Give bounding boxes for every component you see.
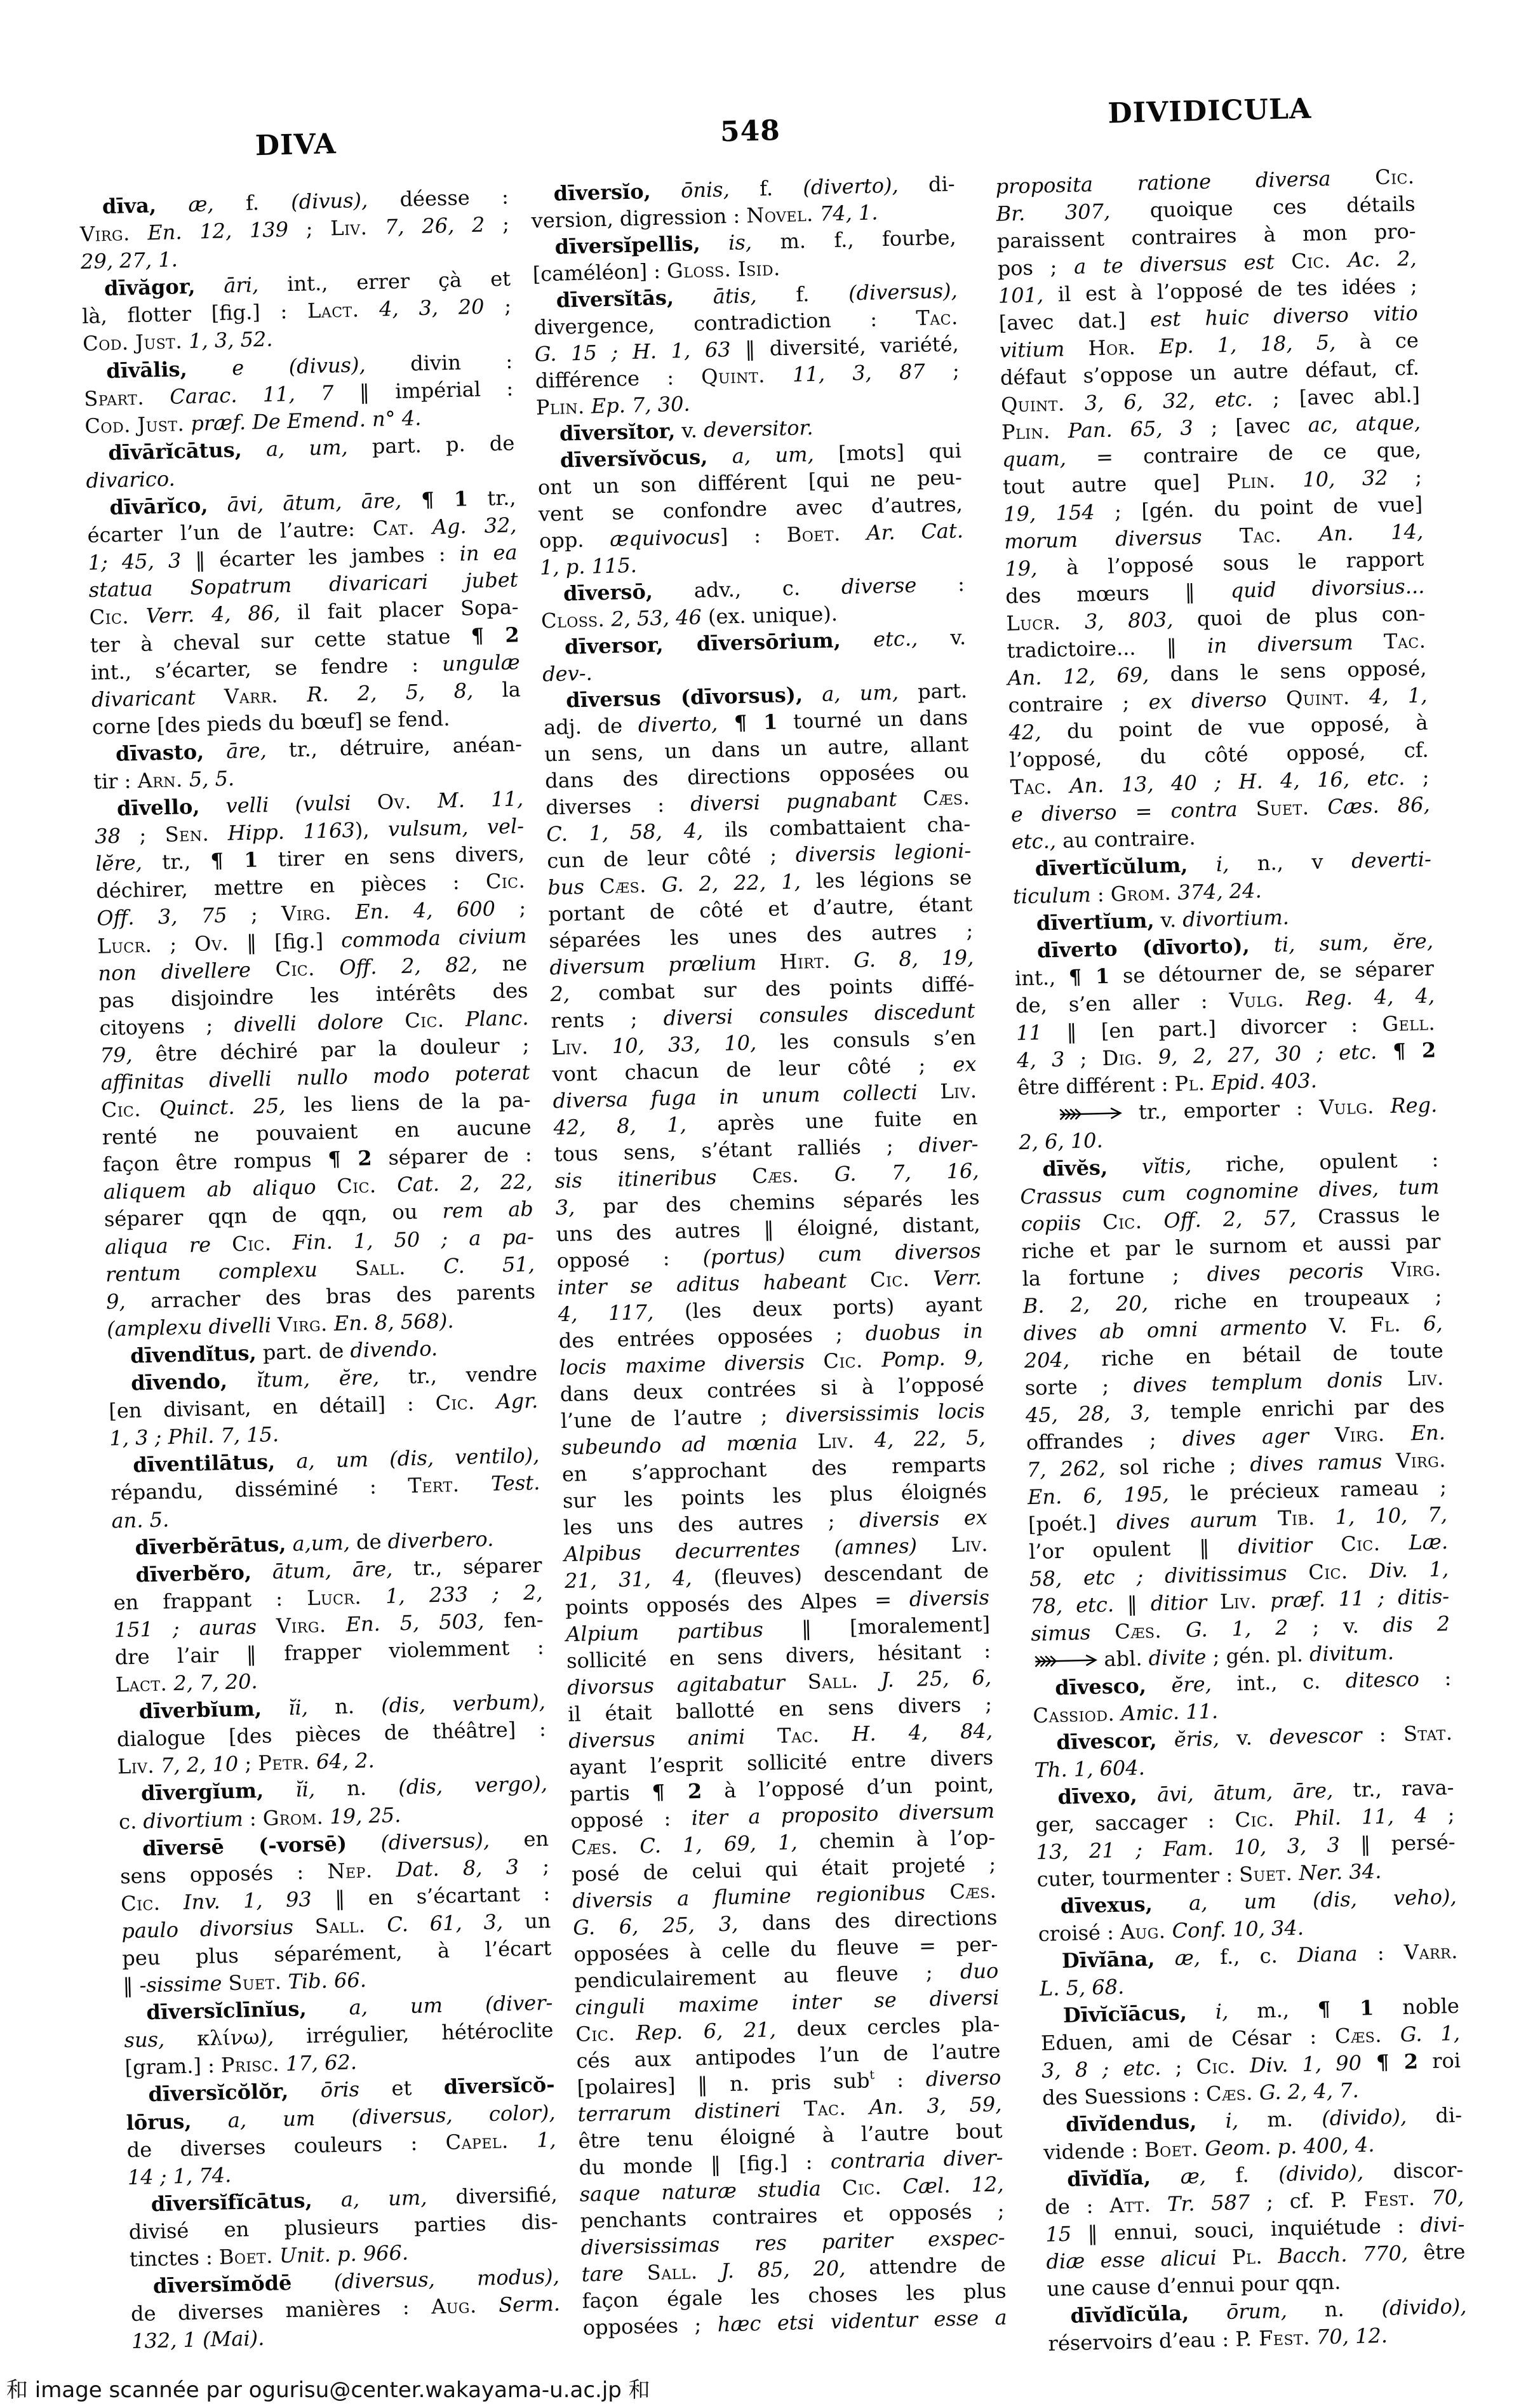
italic-text: 2,	[550, 982, 570, 1007]
italic-text: divitior	[1238, 1532, 1341, 1559]
italic-text: ātis,	[673, 283, 757, 309]
text: deux cercles pla-	[775, 2012, 1000, 2041]
text: int.,	[1015, 965, 1069, 990]
author-abbreviation: Hirt.	[779, 949, 831, 974]
text: c.	[119, 1809, 144, 1834]
text: là, flotter [fig.] :	[82, 299, 308, 329]
italic-text: ĭtum, ĕre,	[227, 1365, 379, 1393]
italic-text: morum diversus	[1004, 524, 1240, 554]
italic-text: æ,	[156, 192, 215, 217]
italic-text: 1, 3, 52.	[182, 327, 273, 353]
headword: dīverbĕrātus,	[135, 1531, 286, 1559]
italic-text: Br. 307,	[996, 199, 1110, 225]
italic-text: Unit. p. 966.	[272, 2240, 408, 2268]
italic-text: diver-	[918, 1132, 979, 1157]
italic-text: 4, 22, 5,	[854, 1425, 986, 1453]
author-abbreviation: P. Fest.	[1330, 2186, 1416, 2212]
italic-text: an. 5.	[111, 1507, 169, 1533]
italic-text: (divido),	[1278, 2160, 1364, 2186]
italic-text: Hipp. 1163	[209, 818, 356, 846]
author-abbreviation: Sall.	[807, 1669, 859, 1694]
italic-text: quid divorsius...	[1230, 574, 1424, 602]
author-abbreviation: Sall.	[355, 1255, 406, 1280]
author-abbreviation: Cic.	[232, 1231, 272, 1256]
italic-text: Fin. 1, 50 ; a pa-	[271, 1225, 534, 1255]
author-abbreviation: Cassiod.	[1033, 1702, 1115, 1728]
italic-text: (diverto),	[803, 173, 899, 200]
italic-text: C. 1, 69, 1,	[618, 1830, 798, 1858]
text: fen-	[484, 1608, 544, 1633]
section-mark: ¶ 2	[328, 1146, 372, 1172]
italic-text: Alpium partibus	[566, 1617, 764, 1646]
text: de diverses manières :	[131, 2295, 432, 2327]
italic-text: ĭi,	[262, 1695, 309, 1721]
author-abbreviation: Boet.	[218, 2244, 273, 2269]
author-abbreviation: Cic.	[575, 2021, 615, 2046]
italic-text: dev-.	[542, 661, 593, 687]
italic-text: G. 7, 16,	[799, 1159, 979, 1187]
italic-text: in ea	[459, 541, 518, 566]
italic-text: diverse	[841, 573, 916, 599]
italic-text: tare	[581, 2261, 647, 2287]
author-abbreviation: Liv.	[330, 215, 368, 240]
italic-text: rentum complexu	[105, 1256, 356, 1287]
text: v.	[675, 418, 704, 443]
feathered-arrow-icon	[1056, 1105, 1123, 1123]
italic-text: divarico.	[86, 466, 175, 492]
italic-text: āvi, ātum, āre,	[1137, 1778, 1333, 1808]
text: roi	[1417, 2048, 1461, 2074]
italic-text: En. 5, 503,	[326, 1609, 485, 1637]
section-mark: ¶ 2	[1377, 1038, 1436, 1063]
italic-text: a, um,	[241, 435, 348, 462]
text: int., errer çà et	[258, 267, 511, 297]
italic-text: Agr.	[474, 1388, 538, 1414]
italic-text: Bacch. 770,	[1262, 2241, 1409, 2269]
italic-text: Div. 1,	[1348, 1557, 1449, 1583]
italic-text: 2, 6, 10.	[1019, 1128, 1103, 1154]
author-abbreviation: Lact.	[115, 1671, 167, 1697]
headword: dīversĭpellis,	[554, 231, 700, 259]
italic-text: Amic. 11.	[1115, 1699, 1219, 1726]
italic-text: a, um,	[707, 442, 814, 469]
text: des mœurs ‖	[1005, 579, 1231, 608]
text: de :	[1045, 2193, 1110, 2219]
italic-text: 19,	[1005, 556, 1038, 581]
text: les légions se	[800, 865, 972, 894]
text: tr., détruire, anéan-	[266, 732, 522, 762]
italic-text: Tr. 587	[1151, 2190, 1250, 2217]
italic-text: (diversus),	[848, 278, 958, 305]
italic-text: ticulum	[1012, 882, 1091, 908]
italic-text: est huic diverso vitio	[1150, 301, 1419, 332]
text: ‖ persé-	[1339, 1830, 1456, 1857]
text: int., c.	[1211, 1669, 1346, 1696]
italic-text: 3, 6, 32, etc.	[1064, 387, 1253, 415]
italic-text: terrarum distineri	[577, 2097, 804, 2127]
headword: dīvello,	[117, 795, 200, 821]
author-abbreviation: Virg.	[80, 221, 131, 246]
italic-text: diverto,	[638, 711, 718, 737]
text: ),	[354, 817, 388, 842]
italic-text: ditior	[1150, 1590, 1220, 1616]
italic-text: āre,	[204, 738, 267, 763]
section-mark: ¶ 2	[1361, 2049, 1418, 2074]
italic-text: divite	[1148, 1644, 1207, 1670]
italic-text: Cat. 2, 22,	[376, 1169, 533, 1197]
text: part.	[898, 678, 967, 704]
italic-text: En.	[1384, 1420, 1445, 1446]
italic-text: vulsum, vel-	[388, 814, 525, 841]
text: part. de	[256, 1338, 351, 1365]
text: ‖ impérial :	[333, 376, 514, 405]
text: l’une de l’autre ;	[560, 1403, 786, 1433]
author-abbreviation: Liv.	[551, 1035, 589, 1059]
author-abbreviation: Spart.	[84, 385, 145, 410]
italic-text: āri,	[195, 272, 259, 298]
text: ; [avec	[1193, 413, 1308, 440]
text: version, digression :	[531, 203, 747, 232]
italic-text: 38	[95, 824, 121, 849]
italic-text: G. 15 ; H. 1, 63	[534, 337, 731, 366]
italic-text: diversi pugnabant	[690, 786, 923, 816]
text: quoi de plus con-	[1173, 601, 1426, 631]
author-abbreviation: Cic.	[1375, 165, 1415, 190]
italic-text: 11	[1016, 1020, 1043, 1045]
text: façon être rompus	[102, 1147, 328, 1177]
italic-text: non divellere	[98, 957, 276, 985]
author-abbreviation: Liv.	[817, 1428, 855, 1453]
running-head-right: DIVIDICULA	[1050, 90, 1369, 133]
italic-text: e diverso = contra	[1010, 796, 1256, 826]
text: opposées ;	[582, 2312, 718, 2339]
italic-text: G. 8, 19,	[830, 945, 974, 973]
italic-text: ac, atque,	[1308, 410, 1421, 437]
italic-text: contraria diver-	[830, 2145, 1003, 2174]
author-abbreviation: Cæs.	[1115, 1618, 1162, 1644]
italic-text: diversissimis locis	[786, 1399, 985, 1428]
author-abbreviation: Cic.	[1308, 1559, 1348, 1585]
author-abbreviation: Cic.	[101, 1097, 141, 1122]
italic-text: divorsus agitabatur	[567, 1670, 808, 1700]
italic-text: vitium	[999, 336, 1088, 362]
italic-text: ungulæ	[442, 650, 521, 676]
italic-text: æ,	[1151, 2164, 1207, 2189]
italic-text: 21, 31, 4,	[565, 1566, 692, 1593]
text: être	[1408, 2240, 1466, 2265]
italic-text: G. 1, 2	[1162, 1615, 1289, 1643]
text: de	[349, 1529, 388, 1554]
page-number: 548	[686, 112, 814, 151]
italic-text: i,	[1196, 2108, 1239, 2134]
text: f.	[213, 190, 291, 216]
italic-text: ),	[259, 2025, 274, 2050]
text: pos ;	[997, 255, 1074, 281]
italic-text: diversus animi	[568, 1724, 778, 1753]
italic-text: 9,	[106, 1289, 126, 1314]
italic-text: 79,	[100, 1042, 133, 1067]
italic-text: 17, 62.	[279, 2050, 357, 2076]
headword: dīvĭdĭcŭla,	[1070, 2301, 1189, 2328]
text: partis	[570, 1780, 652, 1806]
author-abbreviation: Ov.	[194, 931, 229, 955]
text: dans le sens opposé,	[1149, 655, 1427, 687]
headword: dīversus (dīvorsus),	[566, 682, 803, 712]
author-abbreviation: Tib.	[1278, 1505, 1315, 1530]
text: ; gén. pl.	[1206, 1642, 1309, 1669]
headword: dīversō,	[563, 579, 653, 605]
author-abbreviation: Cic.	[1341, 1531, 1381, 1557]
feathered-arrow-icon	[1031, 1652, 1098, 1670]
headword: dīversĭfĭcātus,	[151, 2188, 312, 2216]
author-abbreviation: Grom.	[1110, 880, 1171, 906]
author-abbreviation: Cæs.	[1335, 2023, 1383, 2048]
italic-text: ditesco	[1345, 1667, 1419, 1693]
author-abbreviation: Virg.	[1391, 1256, 1442, 1282]
headword: dīventilātus,	[133, 1449, 276, 1477]
headword: dīversĭvŏcus,	[560, 445, 708, 473]
text: ;	[1064, 1046, 1102, 1071]
author-abbreviation: Tert.	[408, 1472, 460, 1498]
italic-text: diverbero.	[387, 1526, 494, 1553]
italic-text: En. 8, 568).	[327, 1308, 454, 1336]
italic-text: præf. 11 ; ditis-	[1257, 1584, 1450, 1613]
italic-text: vĭtis,	[1108, 1153, 1192, 1179]
italic-text: L. 5, 68.	[1040, 1975, 1125, 2001]
author-abbreviation: Sall.	[314, 1913, 366, 1939]
text: tr., rava-	[1333, 1775, 1454, 1803]
text: m. f., fourbe,	[751, 225, 956, 254]
italic-text: i,	[1186, 1999, 1228, 2025]
text: [caméléon] :	[532, 259, 667, 286]
italic-text: diversis ex	[859, 1505, 988, 1533]
text: n.	[315, 1775, 399, 1801]
italic-text: dis 2	[1383, 1611, 1450, 1637]
italic-text: 70,	[1415, 2185, 1464, 2210]
text: abl.	[1097, 1646, 1149, 1672]
text: ger, saccager :	[1035, 1808, 1235, 1837]
author-abbreviation: Cic.	[121, 1891, 161, 1916]
italic-text: a, um (diver-	[306, 1991, 553, 2020]
text: di-	[1407, 2103, 1463, 2128]
text: ;	[227, 902, 282, 927]
italic-text: diverso	[925, 2065, 1001, 2091]
author-abbreviation: Lucr.	[1006, 610, 1061, 635]
italic-text: 42,	[1008, 720, 1041, 744]
italic-text: 10, 33, 10,	[588, 1030, 757, 1058]
italic-text: divortium.	[1182, 905, 1289, 932]
headword: Dīvĭcĭācus,	[1063, 2000, 1188, 2027]
section-mark: ¶ 1	[1068, 964, 1109, 990]
text: ;	[152, 931, 195, 957]
text: ;	[485, 212, 509, 237]
italic-text: Inv. 1, 93	[160, 1887, 312, 1915]
italic-text: 3, 8 ; etc.	[1041, 2055, 1162, 2083]
text: (ex. unique).	[701, 601, 838, 629]
author-abbreviation: Cæs.	[752, 1163, 800, 1188]
italic-text: diæ esse alicui	[1046, 2245, 1233, 2274]
author-abbreviation: Capel.	[445, 2128, 509, 2154]
italic-text: Verr. 4, 86,	[129, 601, 281, 629]
text: diversifié,	[427, 2182, 558, 2209]
headword: dīvexo,	[1057, 1783, 1137, 1809]
italic-text: 204,	[1024, 1347, 1069, 1373]
italic-text: 4, 117,	[558, 1300, 653, 1326]
headword: dīva,	[102, 193, 157, 218]
italic-text: Ag. 32,	[414, 513, 517, 540]
author-abbreviation: Ov.	[377, 790, 412, 814]
italic-text: C. 1, 58, 4,	[546, 818, 704, 846]
author-abbreviation: Lucr.	[307, 1585, 362, 1610]
headword: dīversĭclīnĭus,	[146, 1996, 307, 2024]
italic-text: Test.	[459, 1470, 540, 1496]
italic-text: M. 11,	[411, 786, 523, 813]
text: [mots] qui	[814, 438, 961, 466]
text: opposé :	[570, 1806, 692, 1833]
author-abbreviation: Cic.	[275, 956, 315, 981]
italic-text: Phil. 11, 4	[1274, 1803, 1428, 1831]
italic-text: J. 85, 20,	[697, 2256, 846, 2284]
text: f.	[756, 281, 848, 308]
text: n.	[307, 1693, 381, 1719]
text: ; [avec abl.]	[1252, 383, 1420, 411]
text: n.	[1287, 2296, 1382, 2323]
author-abbreviation: Tac.	[777, 1723, 820, 1748]
italic-text: 58, etc ; divitissimus	[1029, 1560, 1309, 1591]
author-abbreviation: Virg.	[276, 1613, 327, 1638]
italic-text: Off. 3, 75	[97, 903, 227, 931]
author-abbreviation: Cic.	[870, 1267, 910, 1293]
text: ;	[1427, 1803, 1455, 1827]
italic-text: (amplexu divelli	[107, 1313, 278, 1341]
author-abbreviation: Pl.	[1232, 2244, 1263, 2269]
author-abbreviation: Cic.	[823, 1348, 863, 1373]
italic-text: a, um,	[312, 2185, 427, 2212]
italic-text: An. 3, 59,	[846, 2092, 1002, 2120]
text: [gram.] :	[124, 2053, 221, 2080]
italic-text: Epid. 403.	[1205, 1068, 1317, 1095]
italic-text: ex diverso	[1148, 687, 1286, 714]
author-abbreviation: Hor.	[1088, 335, 1136, 360]
italic-text: divi-	[1420, 2212, 1465, 2238]
headword: lōrus,	[126, 2109, 192, 2134]
text: un	[503, 1909, 551, 1934]
author-abbreviation: Plin.	[1001, 419, 1051, 445]
author-abbreviation: Tac.	[1010, 774, 1052, 800]
author-abbreviation: Att.	[1109, 2193, 1151, 2218]
text: attendre de	[845, 2252, 1006, 2280]
headword: dīvĕs,	[1042, 1155, 1108, 1181]
italic-text: 6,	[1400, 1311, 1443, 1336]
text: v.	[1219, 1725, 1269, 1751]
italic-text: 4, 3	[1017, 1047, 1065, 1073]
italic-text: 64, 2.	[309, 1749, 375, 1774]
text: croisé :	[1038, 1920, 1120, 1946]
italic-text: Carac. 11, 7	[144, 380, 334, 409]
italic-text: divitum.	[1309, 1640, 1394, 1666]
italic-text: i,	[1188, 852, 1229, 877]
author-abbreviation: Sall.	[646, 2259, 698, 2285]
italic-text: Diana	[1297, 1942, 1358, 1967]
italic-text: diversis legioni-	[795, 838, 971, 867]
author-abbreviation: Cic.	[1102, 1209, 1142, 1235]
author-abbreviation: Boet.	[1144, 2137, 1199, 2162]
section-mark: ¶ 1	[718, 709, 778, 735]
italic-text: simus	[1031, 1620, 1115, 1646]
author-abbreviation: Suet.	[1239, 1861, 1293, 1886]
author-abbreviation: Aug.	[1120, 1919, 1166, 1944]
italic-text: e (divus),	[187, 353, 366, 381]
text: m.,	[1228, 1997, 1318, 2023]
author-abbreviation: Pl.	[1174, 1071, 1205, 1096]
text: irrégulier, hétéroclite	[274, 2018, 554, 2049]
text: ] :	[720, 523, 787, 549]
italic-text: Off. 2, 57,	[1142, 1206, 1297, 1233]
italic-text: præf. De Emend. n° 4.	[184, 406, 422, 436]
italic-text: Th. 1, 604.	[1034, 1756, 1145, 1782]
italic-text: duo	[960, 1959, 998, 1984]
italic-text: 45, 28, 3,	[1025, 1400, 1150, 1427]
author-abbreviation: Suet.	[1255, 795, 1309, 821]
author-abbreviation: Quint.	[701, 363, 765, 389]
text: tir :	[93, 769, 138, 794]
italic-text: ex	[953, 1052, 977, 1077]
italic-text: Ac. 2,	[1330, 246, 1417, 272]
italic-text: Div. 1, 90	[1235, 2051, 1362, 2078]
text: noble	[1374, 1994, 1459, 2020]
author-abbreviation: Liv.	[117, 1754, 155, 1778]
section-mark: ¶ 2	[652, 1779, 702, 1805]
italic-text: ōnis,	[650, 177, 730, 203]
italic-text: (diversus, modus),	[291, 2264, 559, 2295]
italic-text: Verr.	[909, 1265, 982, 1291]
text: :	[1357, 1940, 1404, 1966]
text: discor-	[1363, 2158, 1464, 2184]
text: tinctes :	[130, 2245, 220, 2271]
text: ‖ écarter les jambes :	[181, 542, 460, 573]
headword: dīvendo,	[131, 1369, 227, 1395]
author-abbreviation: Tac.	[1384, 628, 1426, 654]
italic-text: G. 2, 22, 1,	[646, 870, 801, 897]
italic-text: aliqua re	[105, 1232, 232, 1259]
italic-text: paulo divorsius	[121, 1914, 315, 1943]
italic-text: divelli dolore	[234, 1009, 405, 1037]
italic-text: (dis, vergo),	[398, 1771, 548, 1799]
text: [poét.]	[1028, 1510, 1117, 1536]
author-abbreviation: Vulg.	[1229, 987, 1284, 1012]
scan-credit-footer: 和 image scannée par ogurisu@center.wakay…	[6, 2377, 650, 2403]
text: la fortune ;	[1022, 1262, 1207, 1291]
headword: dīversĭo,	[553, 179, 651, 206]
text: v.	[1154, 908, 1183, 932]
text: adv., c.	[652, 575, 841, 603]
author-abbreviation: Cæs.	[949, 1879, 997, 1904]
text: f.	[729, 175, 803, 201]
italic-text: (divus),	[291, 188, 368, 214]
author-abbreviation: Cæs.	[599, 873, 647, 899]
text: ; cf.	[1250, 2188, 1331, 2214]
italic-text: 29, 27, 1.	[81, 247, 178, 274]
italic-text: sus,	[124, 2027, 198, 2053]
text: ;	[288, 216, 331, 241]
italic-text: 1, 3 ; Phil. 7, 15.	[109, 1422, 279, 1451]
italic-text: 4, 3, 20	[359, 295, 485, 322]
italic-text: Serm.	[476, 2292, 560, 2318]
text: en frappant :	[113, 1586, 307, 1615]
italic-text: æ,	[1155, 1946, 1200, 1971]
text: tradictoire... ‖	[1007, 634, 1208, 663]
italic-text: lĕre,	[95, 850, 142, 876]
